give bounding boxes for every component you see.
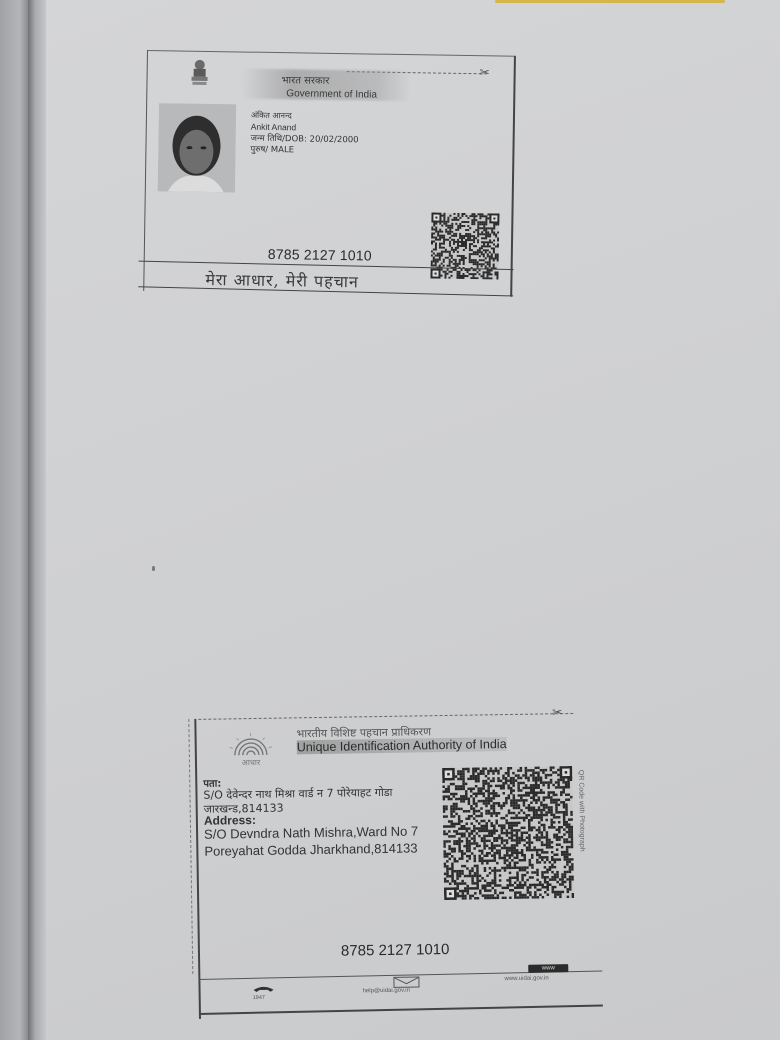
aadhaar-number-front: 8785 2127 1010 [268,246,372,264]
issuer-hindi: भारत सरकार [281,72,329,87]
card-border [194,719,201,1019]
aadhaar-front-card: ✂ भारत सरकार Government of India अंकित आ… [143,50,517,308]
aadhaar-number-back: 8785 2127 1010 [341,941,450,960]
svg-text:आधार: आधार [242,758,261,767]
aadhaar-logo-icon: आधार [227,731,276,768]
phone-icon [252,985,274,995]
qr-caption: QR Code with Photograph [577,770,585,852]
helpline-number: 1947 [253,995,265,1001]
scissors-icon: ✂ [552,705,562,719]
holder-name: Ankit Anand [251,122,297,133]
national-emblem-icon [188,59,210,87]
authority-english-text: Unique Identification Authority of India [297,737,507,754]
website: www.uidai.gov.in [504,975,548,982]
ink-speck [152,566,155,571]
qr-code-back [442,766,574,900]
authority-english: Unique Identification Authority of India [297,737,507,754]
address-line1: S/O Devndra Nath Mishra,Ward No 7 [204,823,418,841]
scissors-icon: ✂ [480,65,490,79]
mail-icon [393,976,419,987]
background-surface [0,0,28,1040]
holder-name-hindi: अंकित आनन्द [251,110,292,122]
page-edge-shadow [28,0,46,1040]
address-hindi-line1: S/O देवेन्दर नाथ मिश्रा वार्ड न 7 पोरेया… [203,785,392,803]
holder-photo [158,103,236,192]
cut-line [198,713,573,720]
aadhaar-back-card: ✂ आधार भारतीय विशिष्ट पहचान प्राधिकरण Un… [188,700,605,1018]
www-badge: www [528,964,568,973]
yellow-tab [495,0,725,3]
help-email: help@uidai.gov.in [363,988,410,995]
address-line2: Poreyahat Godda Jharkhand,814133 [204,840,417,858]
issuer-english: Government of India [286,88,377,100]
gender: पुरुष/ MALE [250,144,294,156]
